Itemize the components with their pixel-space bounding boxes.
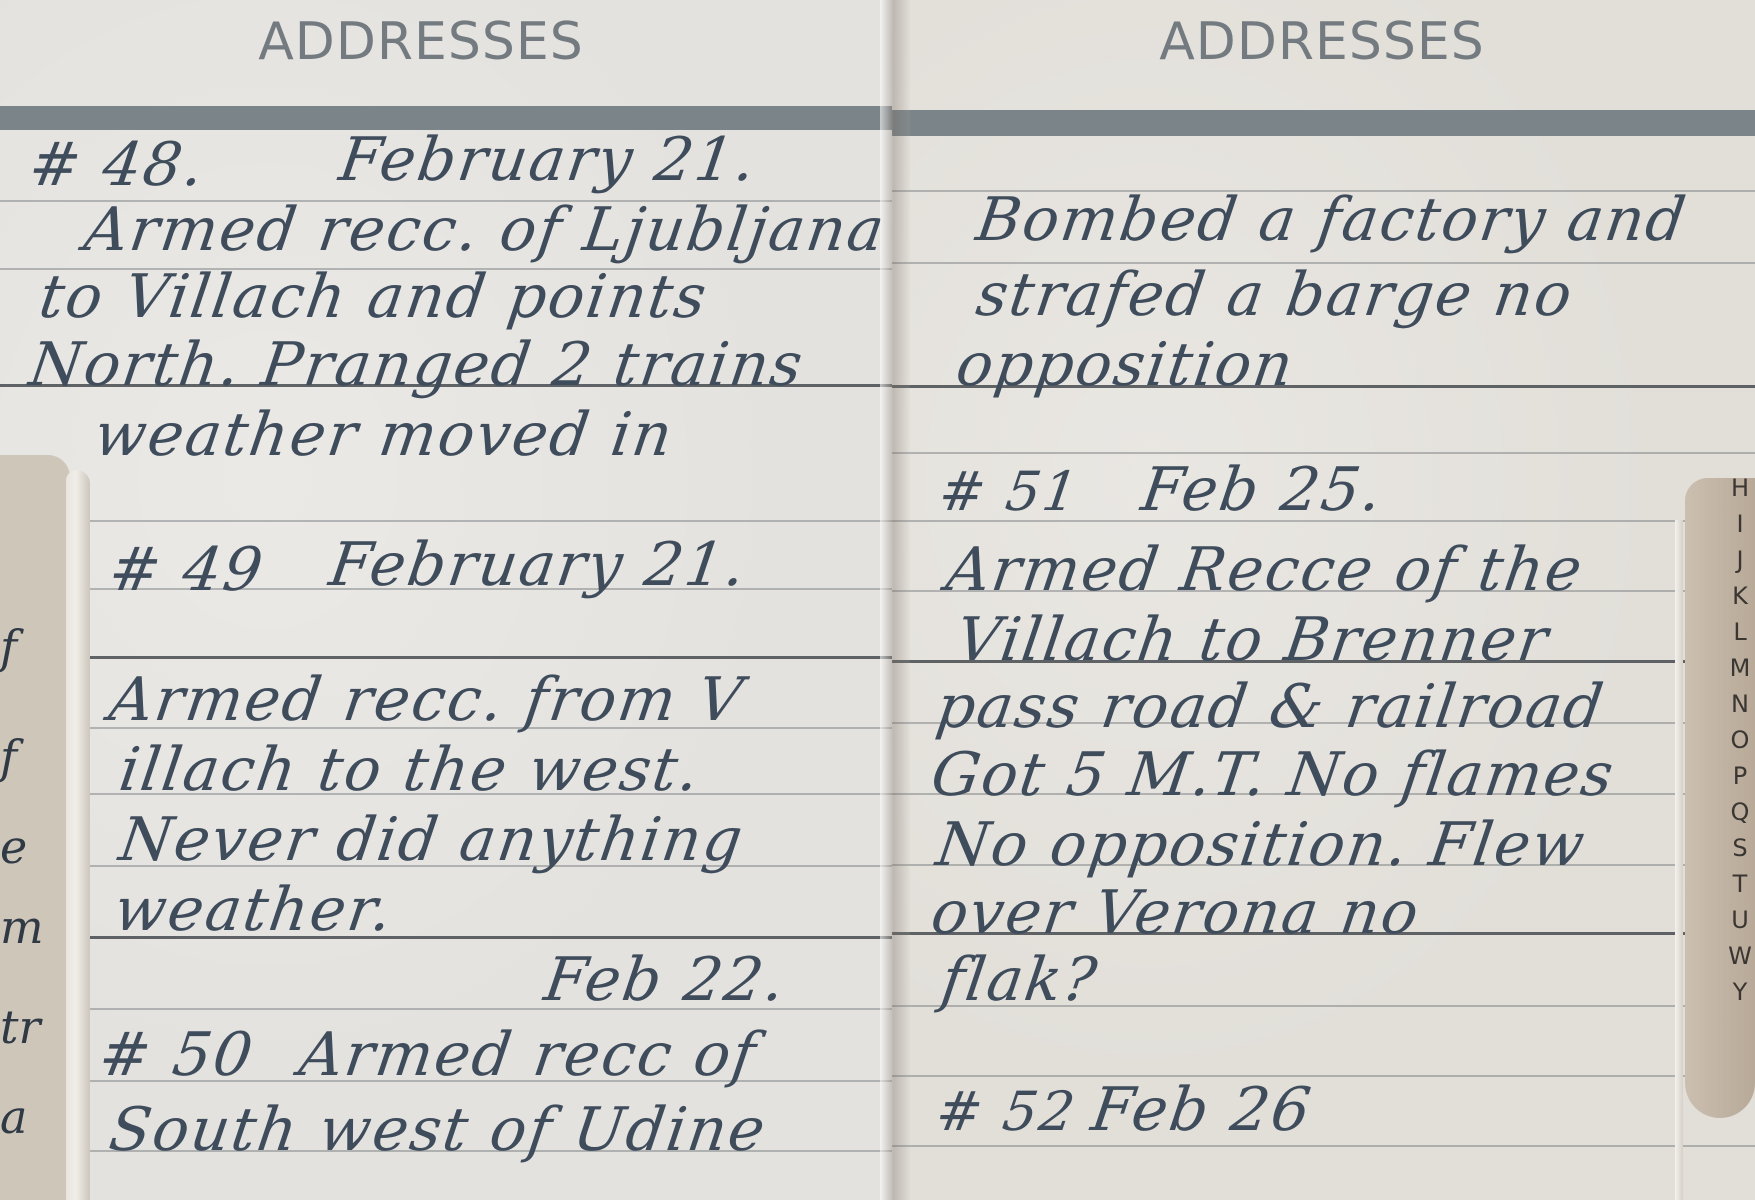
index-tab-u[interactable]: U — [1731, 902, 1749, 938]
entry-line: flak? — [937, 945, 1103, 1015]
mission-number: # 48. — [25, 130, 210, 200]
mission-number: # 51 — [936, 460, 1084, 523]
entry-line: No opposition. Flew — [932, 810, 1590, 880]
entry-line: to Villach and points — [35, 262, 712, 332]
entry-line: Got 5 M.T. No flames — [927, 740, 1619, 810]
entry-line: Armed recc. from V — [105, 665, 749, 735]
mission-date: Feb 22. — [540, 945, 791, 1015]
index-tab-o[interactable]: O — [1731, 722, 1750, 758]
left-page-header: ADDRESSES — [0, 12, 842, 72]
index-tab-j[interactable]: J — [1736, 542, 1743, 578]
index-tab-strip: H I J K L M N O P Q S T U W Y — [1725, 470, 1755, 1120]
index-tab-s[interactable]: S — [1732, 830, 1747, 866]
entry-line: pass road & railroad — [932, 672, 1609, 742]
index-tab-m[interactable]: M — [1730, 650, 1751, 686]
ruled-line — [892, 1145, 1755, 1147]
index-tab-k[interactable]: K — [1732, 578, 1748, 614]
index-tab-h[interactable]: H — [1731, 470, 1749, 506]
entry-line: North. Pranged 2 trains — [25, 330, 808, 400]
entry-line: Bombed a factory and — [972, 185, 1691, 255]
entry-line: illach to the west. — [115, 735, 705, 805]
index-tab-w[interactable]: W — [1728, 938, 1752, 974]
mission-date: February 21. — [335, 125, 761, 195]
entry-line: weather. — [110, 875, 398, 945]
underlying-ink-fragment: m — [0, 900, 44, 954]
entry-line: over Verona no — [927, 878, 1425, 948]
ruled-line — [892, 452, 1755, 454]
header-rule-bar — [892, 110, 1755, 136]
book-gutter — [880, 0, 910, 1200]
index-tab-q[interactable]: Q — [1731, 794, 1750, 830]
entry-line: Armed recc. of Ljubljana — [80, 195, 890, 265]
index-tab-p[interactable]: P — [1733, 758, 1747, 794]
ruled-line-heavy — [0, 656, 892, 659]
index-tab-l[interactable]: L — [1733, 614, 1746, 650]
right-page-header: ADDRESSES — [892, 12, 1752, 72]
index-tab-i[interactable]: I — [1736, 506, 1743, 542]
entry-line: opposition — [952, 330, 1299, 400]
entry-line: Never did anything — [115, 805, 748, 875]
mission-number: # 49 — [105, 535, 269, 605]
ruled-line — [892, 1075, 1755, 1077]
left-page: ADDRESSES f f e m tr a # 48. February 21… — [0, 0, 892, 1200]
mission-number: # 52 — [933, 1080, 1081, 1143]
entry-line: weather moved in — [90, 400, 678, 470]
page-edge — [1675, 520, 1683, 1200]
open-address-book: ADDRESSES f f e m tr a # 48. February 21… — [0, 0, 1755, 1200]
right-page: ADDRESSES Bombed a factory and strafed a… — [892, 0, 1755, 1200]
ruled-line — [0, 520, 892, 522]
page-edge — [66, 470, 90, 1200]
index-tab-y[interactable]: Y — [1733, 974, 1748, 1010]
entry-line: strafed a barge no — [972, 260, 1578, 330]
index-tab-t[interactable]: T — [1733, 866, 1748, 902]
mission-date: February 21. — [325, 530, 751, 600]
mission-date: Feb 26 — [1087, 1075, 1317, 1145]
entry-line: Villach to Brenner — [952, 605, 1554, 675]
index-tab-n[interactable]: N — [1731, 686, 1749, 722]
underlying-ink-fragment: e — [0, 820, 27, 874]
underlying-ink-fragment: a — [0, 1090, 27, 1144]
entry-line: Armed Recce of the — [942, 535, 1588, 605]
entry-line: Armed recc of — [295, 1020, 762, 1090]
underlying-ink-fragment: f — [0, 730, 17, 784]
underlying-ink-fragment: f — [0, 620, 17, 674]
mission-date: Feb 25. — [1137, 455, 1388, 525]
underlying-ink-fragment: tr — [0, 1000, 40, 1054]
entry-line: South west of Udine — [105, 1095, 771, 1165]
mission-number: # 50 — [95, 1020, 259, 1090]
